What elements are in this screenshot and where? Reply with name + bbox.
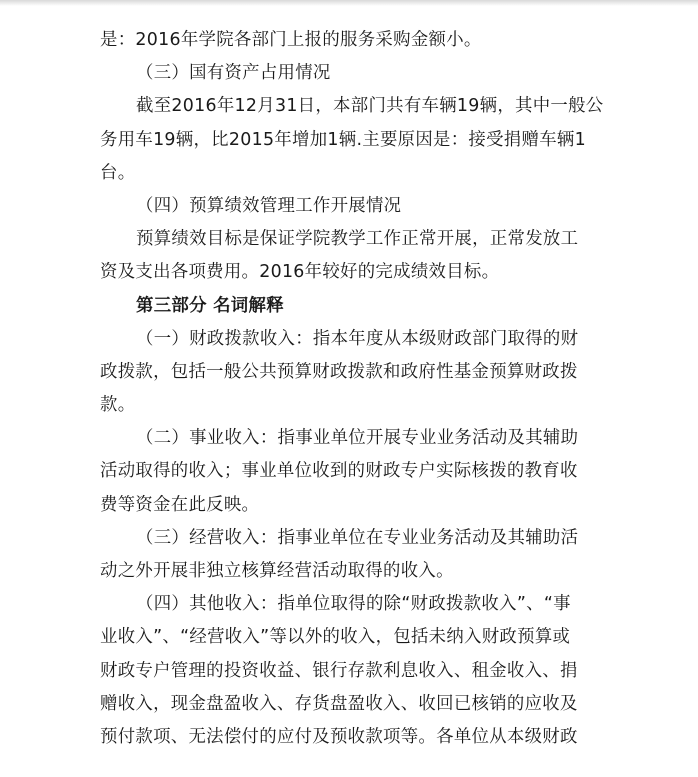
paragraph-line: 政拨款，包括一般公共预算财政拨款和政府性基金预算财政拨 [100,356,598,389]
section-heading-performance-management: （四）预算绩效管理工作开展情况 [100,190,598,223]
paragraph-line: 务用车19辆，比2015年增加1辆.主要原因是：接受捐赠车辆1 [100,124,598,157]
paragraph-line: 赠收入，现金盘盈收入、存货盘盈收入、收回已核销的应收及 [100,688,598,721]
paragraph-line: 资及支出各项费用。2016年较好的完成绩效目标。 [100,256,598,289]
section-heading-state-assets: （三）国有资产占用情况 [100,57,598,90]
paragraph-line: 动之外开展非独立核算经营活动取得的收入。 [100,555,598,588]
document-page: 是：2016年学院各部门上报的服务采购金额小。 （三）国有资产占用情况 截至20… [100,24,598,754]
part-heading-glossary: 第三部分 名词解释 [100,290,598,323]
paragraph-line: 款。 [100,389,598,422]
paragraph-line: 预算绩效目标是保证学院教学工作正常开展，正常发放工 [100,223,598,256]
paragraph-line: 业收入”、“经营收入”等以外的收入，包括未纳入财政预算或 [100,621,598,654]
paragraph-line: 预付款项、无法偿付的应付及预收款项等。各单位从本级财政 [100,721,598,754]
top-edge-shadow [0,0,698,6]
glossary-item-fiscal-appropriation: （一）财政拨款收入：指本年度从本级财政部门取得的财 [100,323,598,356]
paragraph-line: 财政专户管理的投资收益、银行存款利息收入、租金收入、捐 [100,655,598,688]
paragraph-line: 活动取得的收入；事业单位收到的财政专户实际核拨的教育收 [100,455,598,488]
glossary-item-operating-income: （三）经营收入：指事业单位在专业业务活动及其辅助活 [100,522,598,555]
paragraph-line: 台。 [100,157,598,190]
glossary-item-other-income: （四）其他收入：指单位取得的除“财政拨款收入”、“事 [100,588,598,621]
paragraph-line: 截至2016年12月31日，本部门共有车辆19辆，其中一般公 [100,90,598,123]
text-line: 是：2016年学院各部门上报的服务采购金额小。 [100,24,598,57]
paragraph-line: 费等资金在此反映。 [100,489,598,522]
glossary-item-business-income: （二）事业收入：指事业单位开展专业业务活动及其辅助 [100,422,598,455]
